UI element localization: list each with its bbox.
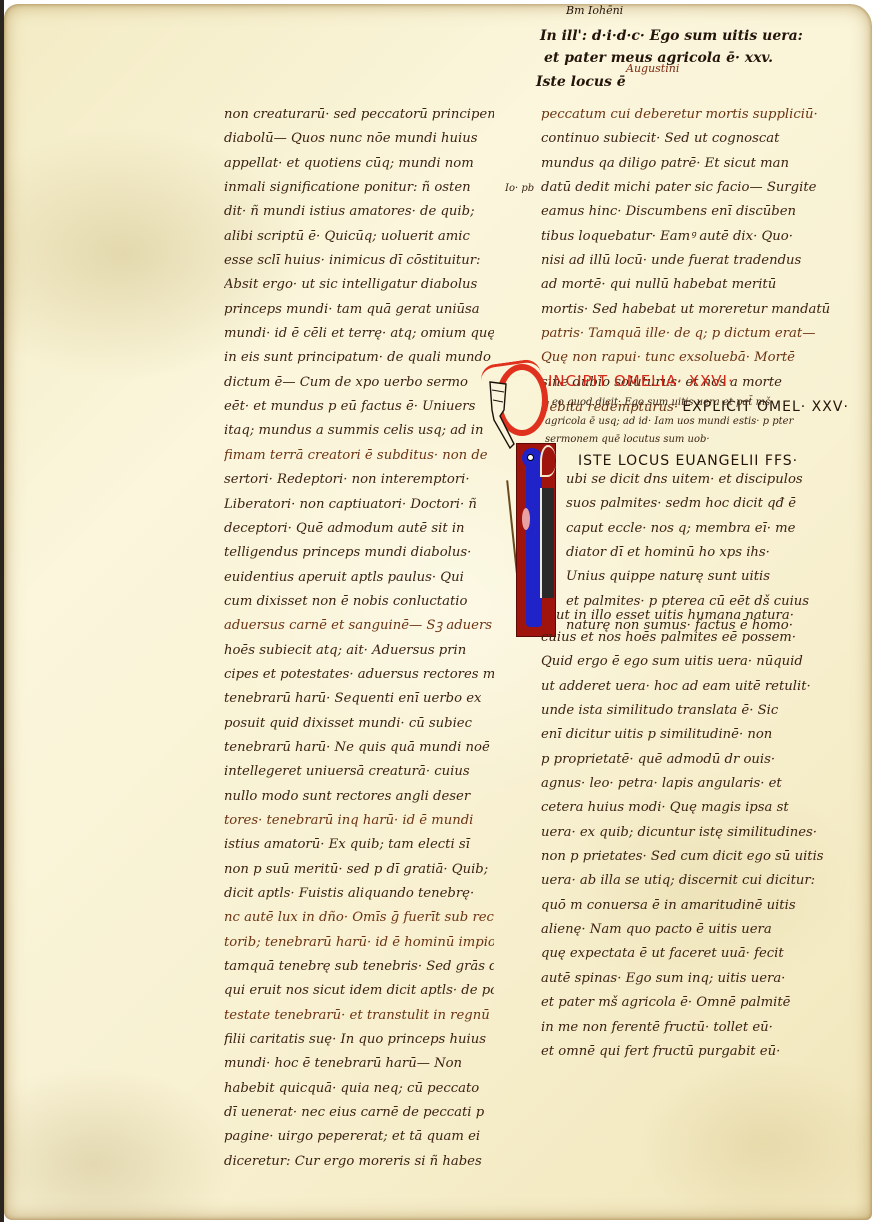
- text-line: intellegeret uniuersā creaturā· cuius: [224, 760, 494, 784]
- text-line: tibus loquebatur· Eamꝰ autē dix· Quo·: [541, 225, 831, 249]
- text-line: cuius et nos hoēs palmites eē possem·: [541, 626, 836, 650]
- right-column-body: cuius et nos hoēs palmites eē possem· Qu…: [541, 626, 836, 1064]
- text-line: nullo modo sunt rectores angli deser: [224, 785, 494, 809]
- text-line: posuit quid dixisset mundi· cū subiec: [224, 712, 494, 736]
- pointing-hand-icon: [486, 380, 516, 450]
- text-line: caput eccle· nos q; membra eī· me: [566, 517, 836, 541]
- text-line: non p suū meritū· sed p dī gratiā· Quib;: [224, 858, 494, 882]
- header-top-note: Bm Iohēni: [566, 4, 623, 17]
- text-line: dit· ñ mundi istius amatores· de quib;: [224, 200, 494, 224]
- header-line-1: In ill': d·i·d·c· Ego sum uitis uera:: [540, 28, 803, 44]
- text-line: continuo subiecit· Sed ut cognoscat: [541, 127, 831, 151]
- text-line: pagine· uirgo pepererat; et tā quam ei: [224, 1125, 494, 1149]
- text-line: esse sclī huius· inimicus dī cōstituitur…: [224, 249, 494, 273]
- text-line: Quid ergo ē ego sum uitis uera· nūquid: [541, 650, 836, 674]
- bird-spot-icon: [522, 508, 530, 530]
- incipit-rubric: INCIPIT OMELIA· XXVI·: [548, 372, 734, 390]
- leaf-ornament-icon: [540, 445, 556, 477]
- text-line: Unius quippe naturę sunt uitis: [566, 565, 836, 589]
- text-line: nc autē lux in dño· Omīs ḡ fuerīt sub re…: [224, 906, 494, 930]
- text-line: quō m conuersa ē in amaritudinē uitis: [541, 894, 836, 918]
- text-line: torib; tenebrarū harū· id ē hominū impio…: [224, 931, 494, 955]
- bird-wing-icon: [540, 488, 554, 598]
- text-line: istius amatorū· Ex quib; tam electi sī: [224, 833, 494, 857]
- text-line: dicit aptls· Fuistis aliquando tenebrę·: [224, 882, 494, 906]
- margin-note: Io· pb: [505, 183, 534, 194]
- text-line: uera· ex quib; dicuntur istę similitudin…: [541, 821, 836, 845]
- text-line: agnus· leo· petra· lapis angularis· et: [541, 772, 836, 796]
- text-line: telligendus princeps mundi diabolus·: [224, 541, 494, 565]
- text-line: et pater mš agricola ē· Omnē palmitē: [541, 991, 836, 1015]
- text-line: inmali significatione ponitur: ñ osten: [224, 176, 494, 200]
- text-line: Liberatori· non captiuatori· Doctori· ñ: [224, 493, 494, 517]
- text-line: et omnē qui fert fructū purgabit eū·: [541, 1040, 836, 1064]
- header-superscript: Augustini: [626, 62, 679, 75]
- text-line: Quę non rapui· tunc exsoluebā· Mortē: [541, 346, 831, 370]
- text-line: appellat· et quotiens cūq; mundi nom: [224, 152, 494, 176]
- text-line: cum dixisset non ē nobis conluctatio: [224, 590, 494, 614]
- text-line: diabolū— Quos nunc nōe mundi huius: [224, 127, 494, 151]
- text-line: aduersus carnē et sanguinē— Sꝫ aduers: [224, 614, 494, 638]
- text-line: mundi· hoc ē tenebrarū harū— Non: [224, 1052, 494, 1076]
- text-line: peccatum cui deberetur mortis suppliciū·: [541, 103, 831, 127]
- text-line: ad mortē· qui nullū habebat meritū: [541, 273, 831, 297]
- text-line: princeps mundi· tam quā gerat uniūsa: [224, 298, 494, 322]
- lemma-line: agricola ē usq; ad id· Iam uos mundi est…: [545, 416, 793, 427]
- text-line: filii caritatis suę· In quo princeps hui…: [224, 1028, 494, 1052]
- text-line: diceretur: Cur ergo moreris si ñ habes: [224, 1150, 494, 1174]
- text-line: deceptori· Quē admodum autē sit in: [224, 517, 494, 541]
- text-line: diator dī et hominū ho xps ihs·: [566, 541, 836, 565]
- text-line: enī dicitur uitis p similitudinē· non: [541, 723, 836, 747]
- text-line: dictum ē— Cum de xpo uerbo sermo: [224, 371, 494, 395]
- header-line-3: Iste locus ē: [536, 74, 626, 90]
- text-line: hoēs subiecit atq; ait· Aduersus prin: [224, 639, 494, 663]
- text-line: ubi se dicit dns uitem· et discipulos: [566, 468, 836, 492]
- text-line: patris· Tamquā ille· de q; p dictum erat…: [541, 322, 831, 346]
- text-line: p proprietatē· quē admodū dr ouis·: [541, 748, 836, 772]
- text-line: cipes et potestates· aduersus rectores m…: [224, 663, 494, 687]
- text-line: uera· ab illa se utiq; discernit cui dic…: [541, 869, 836, 893]
- text-line: itaq; mundus a summis celis usq; ad in: [224, 419, 494, 443]
- text-line: tamquā tenebrę sub tenebris· Sed grās do: [224, 955, 494, 979]
- text-line: cetera huius modi· Quę magis ipsa st: [541, 796, 836, 820]
- text-line: suos palmites· sedm hoc dicit qđ ē: [566, 492, 836, 516]
- text-line: in me non ferentē fructū· tollet eū·: [541, 1016, 836, 1040]
- lemma-line: sermonem quē locutus sum uob·: [545, 434, 710, 445]
- text-line: habebit quicquā· quia neq; cū peccato: [224, 1077, 494, 1101]
- lemma-line: eo quod dicit· Ego sum uitis uera et pat…: [552, 397, 770, 408]
- text-line: testate tenebrarū· et transtulit in regn…: [224, 1004, 494, 1028]
- text-line: ut in illo esset uitis humana natura·: [556, 604, 836, 628]
- text-line: non p prietates· Sed cum dicit ego sū ui…: [541, 845, 836, 869]
- text-line: dī uenerat· nec eius carnē de peccati p: [224, 1101, 494, 1125]
- text-line: euidentius aperuit aptls paulus· Qui: [224, 566, 494, 590]
- text-line: eamus hinc· Discumbens enī discūben: [541, 200, 831, 224]
- text-line: autē spinas· Ego sum inq; uitis uera·: [541, 967, 836, 991]
- text-line: tores· tenebrarū inq harū· id ē mundi: [224, 809, 494, 833]
- right-column-body-line: ut in illo esset uitis humana natura·: [556, 604, 836, 628]
- text-line: alibi scriptū ē· Quicūq; uoluerit amic: [224, 225, 494, 249]
- text-line: unde ista similitudo translata ē· Sic: [541, 699, 836, 723]
- text-line: qui eruit nos sicut idem dicit aptls· de…: [224, 979, 494, 1003]
- text-line: fimam terrā creatori ē subditus· non de: [224, 444, 494, 468]
- text-line: Absit ergo· ut sic intelligatur diabolus: [224, 273, 494, 297]
- text-line: ut adderet uera· hoc ad eam uitē retulit…: [541, 675, 836, 699]
- text-line: mundus qa diligo patrē· Et sicut man: [541, 152, 831, 176]
- text-line: alienę· Nam quo pacto ē uitis uera: [541, 918, 836, 942]
- text-line: quę expectata ē ut faceret uuā· fecit: [541, 942, 836, 966]
- text-line: eēt· et mundus p eū factus ē· Uniuers: [224, 395, 494, 419]
- text-line: tenebrarū harū· Ne quis quā mundi noē: [224, 736, 494, 760]
- text-line: sertori· Redeptori· non interemptori·: [224, 468, 494, 492]
- bird-eye-icon: [527, 454, 534, 461]
- text-line: tenebrarū harū· Sequenti enī uerbo ex: [224, 687, 494, 711]
- text-line: in eis sunt principatum· de quali mundo: [224, 346, 494, 370]
- text-line: mortis· Sed habebat ut moreretur mandatū: [541, 298, 831, 322]
- text-line: mundi· id ē cēli et terrę· atq; omium qu…: [224, 322, 494, 346]
- text-line: nisi ad illū locū· unde fuerat tradendus: [541, 249, 831, 273]
- left-column: non creaturarū· sed peccatorū principem …: [224, 103, 494, 1174]
- section-caps-heading: ISTE LOCUS EUANGELII FFS·: [578, 453, 798, 469]
- text-line: non creaturarū· sed peccatorū principem: [224, 103, 494, 127]
- text-line: datū dedit michi pater sic facio— Surgit…: [541, 176, 831, 200]
